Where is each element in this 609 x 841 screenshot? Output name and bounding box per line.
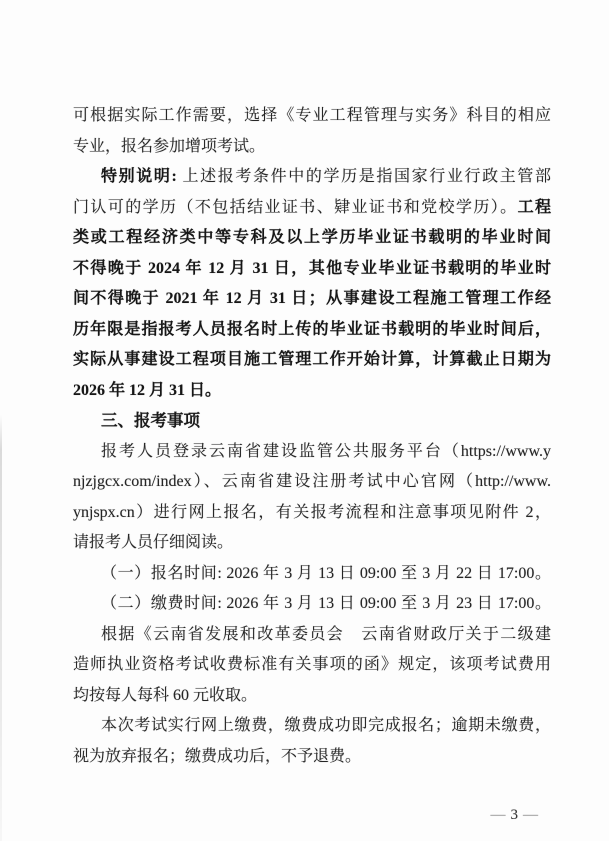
text-segment: 报考人员登录云南省建设监管公共服务平台（https://www.y	[101, 443, 551, 460]
text-line: 根据《云南省发展和改革委员会 云南省财政厅关于二级建	[73, 620, 551, 651]
heading-text: 三、报考事项	[101, 412, 200, 430]
text-line: 请报考人员仔细阅读。	[73, 528, 551, 559]
text-segment-bold: 历年限是指报考人员报名时上传的毕业证书载明的毕业时间后，	[73, 321, 551, 338]
text-line: 可根据实际工作需要，选择《专业工程管理与实务》科目的相应	[73, 101, 551, 132]
text-segment: 本次考试实行网上缴费，缴费成功即完成报名；逾期未缴费，	[101, 717, 551, 734]
text-line: 造师执业资格考试收费标准有关事项的函》规定，该项考试费用	[73, 650, 551, 681]
text-line: 实际从事建设工程项目施工管理工作开始计算，计算截止日期为	[73, 345, 551, 376]
text-segment: 门认可的学历（不包括结业证书、肄业证书和党校学历）。	[73, 199, 518, 216]
text-line: 专业，报名参加增项考试。	[73, 132, 551, 163]
text-segment: 根据《云南省发展和改革委员会 云南省财政厅关于二级建	[101, 626, 551, 643]
page-number-value: 3	[511, 807, 519, 823]
text-line: 报考人员登录云南省建设监管公共服务平台（https://www.y	[73, 437, 551, 468]
page-number-dash-right: —	[518, 807, 543, 823]
text-segment-bold: 类或工程经济类中等专科及以上学历毕业证书载明的毕业时间	[73, 229, 551, 246]
text-segment-bold: 2026 年 12 月 31 日。	[73, 382, 221, 399]
text-segment: （二）缴费时间: 2026 年 3 月 13 日 09:00 至 3 月 23 …	[101, 595, 551, 612]
scan-edge-artifact	[0, 415, 2, 841]
text-line-payment-time: （二）缴费时间: 2026 年 3 月 13 日 09:00 至 3 月 23 …	[73, 589, 551, 620]
text-line: njzjgcx.com/index）、云南省建设注册考试中心官网（http://…	[73, 467, 551, 498]
text-line: 门认可的学历（不包括结业证书、肄业证书和党校学历）。工程	[73, 193, 551, 224]
text-line: 间不得晚于 2021 年 12 月 31 日；从事建设工程施工管理工作经	[73, 284, 551, 315]
text-segment: 造师执业资格考试收费标准有关事项的函》规定，该项考试费用	[73, 656, 551, 673]
text-segment-bold: 工程	[518, 199, 551, 216]
text-line: 类或工程经济类中等专科及以上学历毕业证书载明的毕业时间	[73, 223, 551, 254]
text-segment: 视为放弃报名；缴费成功后，不予退费。	[73, 748, 361, 765]
text-line: 均按每人每科 60 元收取。	[73, 681, 551, 712]
text-line: ynjspx.cn）进行网上报名，有关报考流程和注意事项见附件 2，	[73, 498, 551, 529]
text-line-registration-time: （一）报名时间: 2026 年 3 月 13 日 09:00 至 3 月 22 …	[73, 559, 551, 590]
section-heading-baokao-shixiang: 三、报考事项	[73, 406, 551, 437]
text-line: 历年限是指报考人员报名时上传的毕业证书载明的毕业时间后，	[73, 315, 551, 346]
text-segment-bold: 特别说明:	[101, 168, 182, 185]
page-number-dash-left: —	[486, 807, 511, 823]
document-body: 可根据实际工作需要，选择《专业工程管理与实务》科目的相应 专业，报名参加增项考试…	[73, 101, 551, 772]
text-segment: 均按每人每科 60 元收取。	[73, 687, 257, 704]
text-line: 视为放弃报名；缴费成功后，不予退费。	[73, 742, 551, 773]
text-line: 2026 年 12 月 31 日。	[73, 376, 551, 407]
text-line: 特别说明: 上述报考条件中的学历是指国家行业行政主管部	[73, 162, 551, 193]
text-segment: ynjspx.cn）进行网上报名，有关报考流程和注意事项见附件 2，	[73, 504, 551, 521]
text-line: 本次考试实行网上缴费，缴费成功即完成报名；逾期未缴费，	[73, 711, 551, 742]
scanned-document-page: 可根据实际工作需要，选择《专业工程管理与实务》科目的相应 专业，报名参加增项考试…	[0, 0, 609, 841]
text-segment: 可根据实际工作需要，选择《专业工程管理与实务》科目的相应	[73, 107, 551, 124]
text-segment-bold: 不得晚于 2024 年 12 月 31 日，其他专业毕业证书载明的毕业时	[73, 260, 551, 277]
page-number: —3—	[486, 806, 544, 824]
text-segment-bold: 实际从事建设工程项目施工管理工作开始计算，计算截止日期为	[73, 351, 551, 368]
text-segment: 专业，报名参加增项考试。	[73, 138, 265, 155]
text-segment-bold: 间不得晚于 2021 年 12 月 31 日；从事建设工程施工管理工作经	[73, 290, 551, 307]
text-segment: njzjgcx.com/index）、云南省建设注册考试中心官网（http://…	[73, 473, 551, 490]
text-line: 不得晚于 2024 年 12 月 31 日，其他专业毕业证书载明的毕业时	[73, 254, 551, 285]
text-segment: 上述报考条件中的学历是指国家行业行政主管部	[182, 168, 551, 185]
text-segment: 请报考人员仔细阅读。	[73, 534, 233, 551]
text-segment: （一）报名时间: 2026 年 3 月 13 日 09:00 至 3 月 22 …	[101, 565, 551, 582]
